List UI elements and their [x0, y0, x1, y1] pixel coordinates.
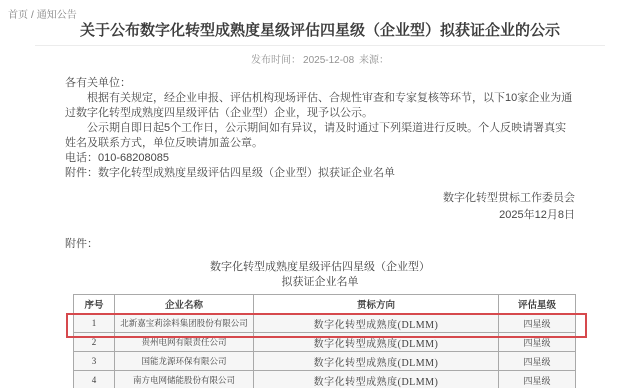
signature-date: 2025年12月8日	[65, 207, 575, 224]
header-direction: 贯标方向	[254, 295, 499, 314]
phone-line: 电话：010-68208085	[65, 151, 575, 166]
breadcrumb-home-link[interactable]: 首页	[8, 10, 28, 21]
table-row: 4 南方电网储能股份有限公司 数字化转型成熟度(DLMM) 四星级	[74, 371, 576, 388]
breadcrumb-section-link[interactable]: 通知公告	[37, 10, 77, 21]
signature-org: 数字化转型贯标工作委员会	[65, 190, 575, 207]
cell-star: 四星级	[499, 314, 576, 333]
table-title-line1: 数字化转型成熟度星级评估四星级（企业型）	[0, 260, 640, 275]
title-divider	[35, 45, 605, 46]
cell-star: 四星级	[499, 333, 576, 352]
header-star: 评估星级	[499, 295, 576, 314]
cell-company: 国能龙源环保有限公司	[115, 352, 254, 371]
breadcrumb-separator: /	[31, 10, 34, 21]
attachment-line: 附件：数字化转型成熟度星级评估四星级（企业型）拟获证企业名单	[65, 166, 575, 181]
attachment-label: 附件：	[65, 235, 575, 251]
cell-star: 四星级	[499, 371, 576, 388]
article-meta: 发布时间：2025-12-08 来源：	[0, 51, 640, 66]
breadcrumb: 首页/通知公告	[0, 0, 640, 18]
notice-paragraph: 公示期自即日起5个工作日，公示期间如有异议，请及时通过下列渠道进行反映。个人反映…	[65, 121, 575, 151]
page-title: 关于公布数字化转型成熟度星级评估四星级（企业型）拟获证企业的公示	[40, 22, 600, 40]
signature-block: 数字化转型贯标工作委员会 2025年12月8日	[65, 190, 575, 224]
cell-star: 四星级	[499, 352, 576, 371]
cell-direction: 数字化转型成熟度(DLMM)	[254, 314, 499, 333]
table-title-line2: 拟获证企业名单	[0, 275, 640, 290]
cell-company: 贵州电网有限责任公司	[115, 333, 254, 352]
cell-no: 1	[74, 314, 115, 333]
table-row: 2 贵州电网有限责任公司 数字化转型成熟度(DLMM) 四星级	[74, 333, 576, 352]
cell-no: 3	[74, 352, 115, 371]
cell-company: 南方电网储能股份有限公司	[115, 371, 254, 388]
cell-direction: 数字化转型成熟度(DLMM)	[254, 352, 499, 371]
header-company: 企业名称	[115, 295, 254, 314]
cell-direction: 数字化转型成熟度(DLMM)	[254, 371, 499, 388]
table-title: 数字化转型成熟度星级评估四星级（企业型） 拟获证企业名单	[0, 260, 640, 290]
source-label: 来源：	[359, 55, 389, 66]
publish-time-label: 发布时间：	[251, 55, 301, 66]
cell-direction: 数字化转型成熟度(DLMM)	[254, 333, 499, 352]
publish-time-value: 2025-12-08	[303, 55, 354, 66]
header-no: 序号	[74, 295, 115, 314]
table-header-row: 序号 企业名称 贯标方向 评估星级	[74, 295, 576, 314]
company-table: 序号 企业名称 贯标方向 评估星级 1 北新嘉宝莉涂料集团股份有限公司 数字化转…	[73, 294, 576, 388]
article-body: 各有关单位： 根据有关规定，经企业申报、评估机构现场评估、合规性审查和专家复核等…	[65, 76, 575, 181]
cell-no: 4	[74, 371, 115, 388]
cell-no: 2	[74, 333, 115, 352]
company-table-wrap: 序号 企业名称 贯标方向 评估星级 1 北新嘉宝莉涂料集团股份有限公司 数字化转…	[73, 294, 575, 388]
intro-paragraph: 根据有关规定，经企业申报、评估机构现场评估、合规性审查和专家复核等环节，以下10…	[65, 91, 575, 121]
table-row: 3 国能龙源环保有限公司 数字化转型成熟度(DLMM) 四星级	[74, 352, 576, 371]
cell-company: 北新嘉宝莉涂料集团股份有限公司	[115, 314, 254, 333]
table-row: 1 北新嘉宝莉涂料集团股份有限公司 数字化转型成熟度(DLMM) 四星级	[74, 314, 576, 333]
salutation-text: 各有关单位：	[65, 76, 575, 91]
